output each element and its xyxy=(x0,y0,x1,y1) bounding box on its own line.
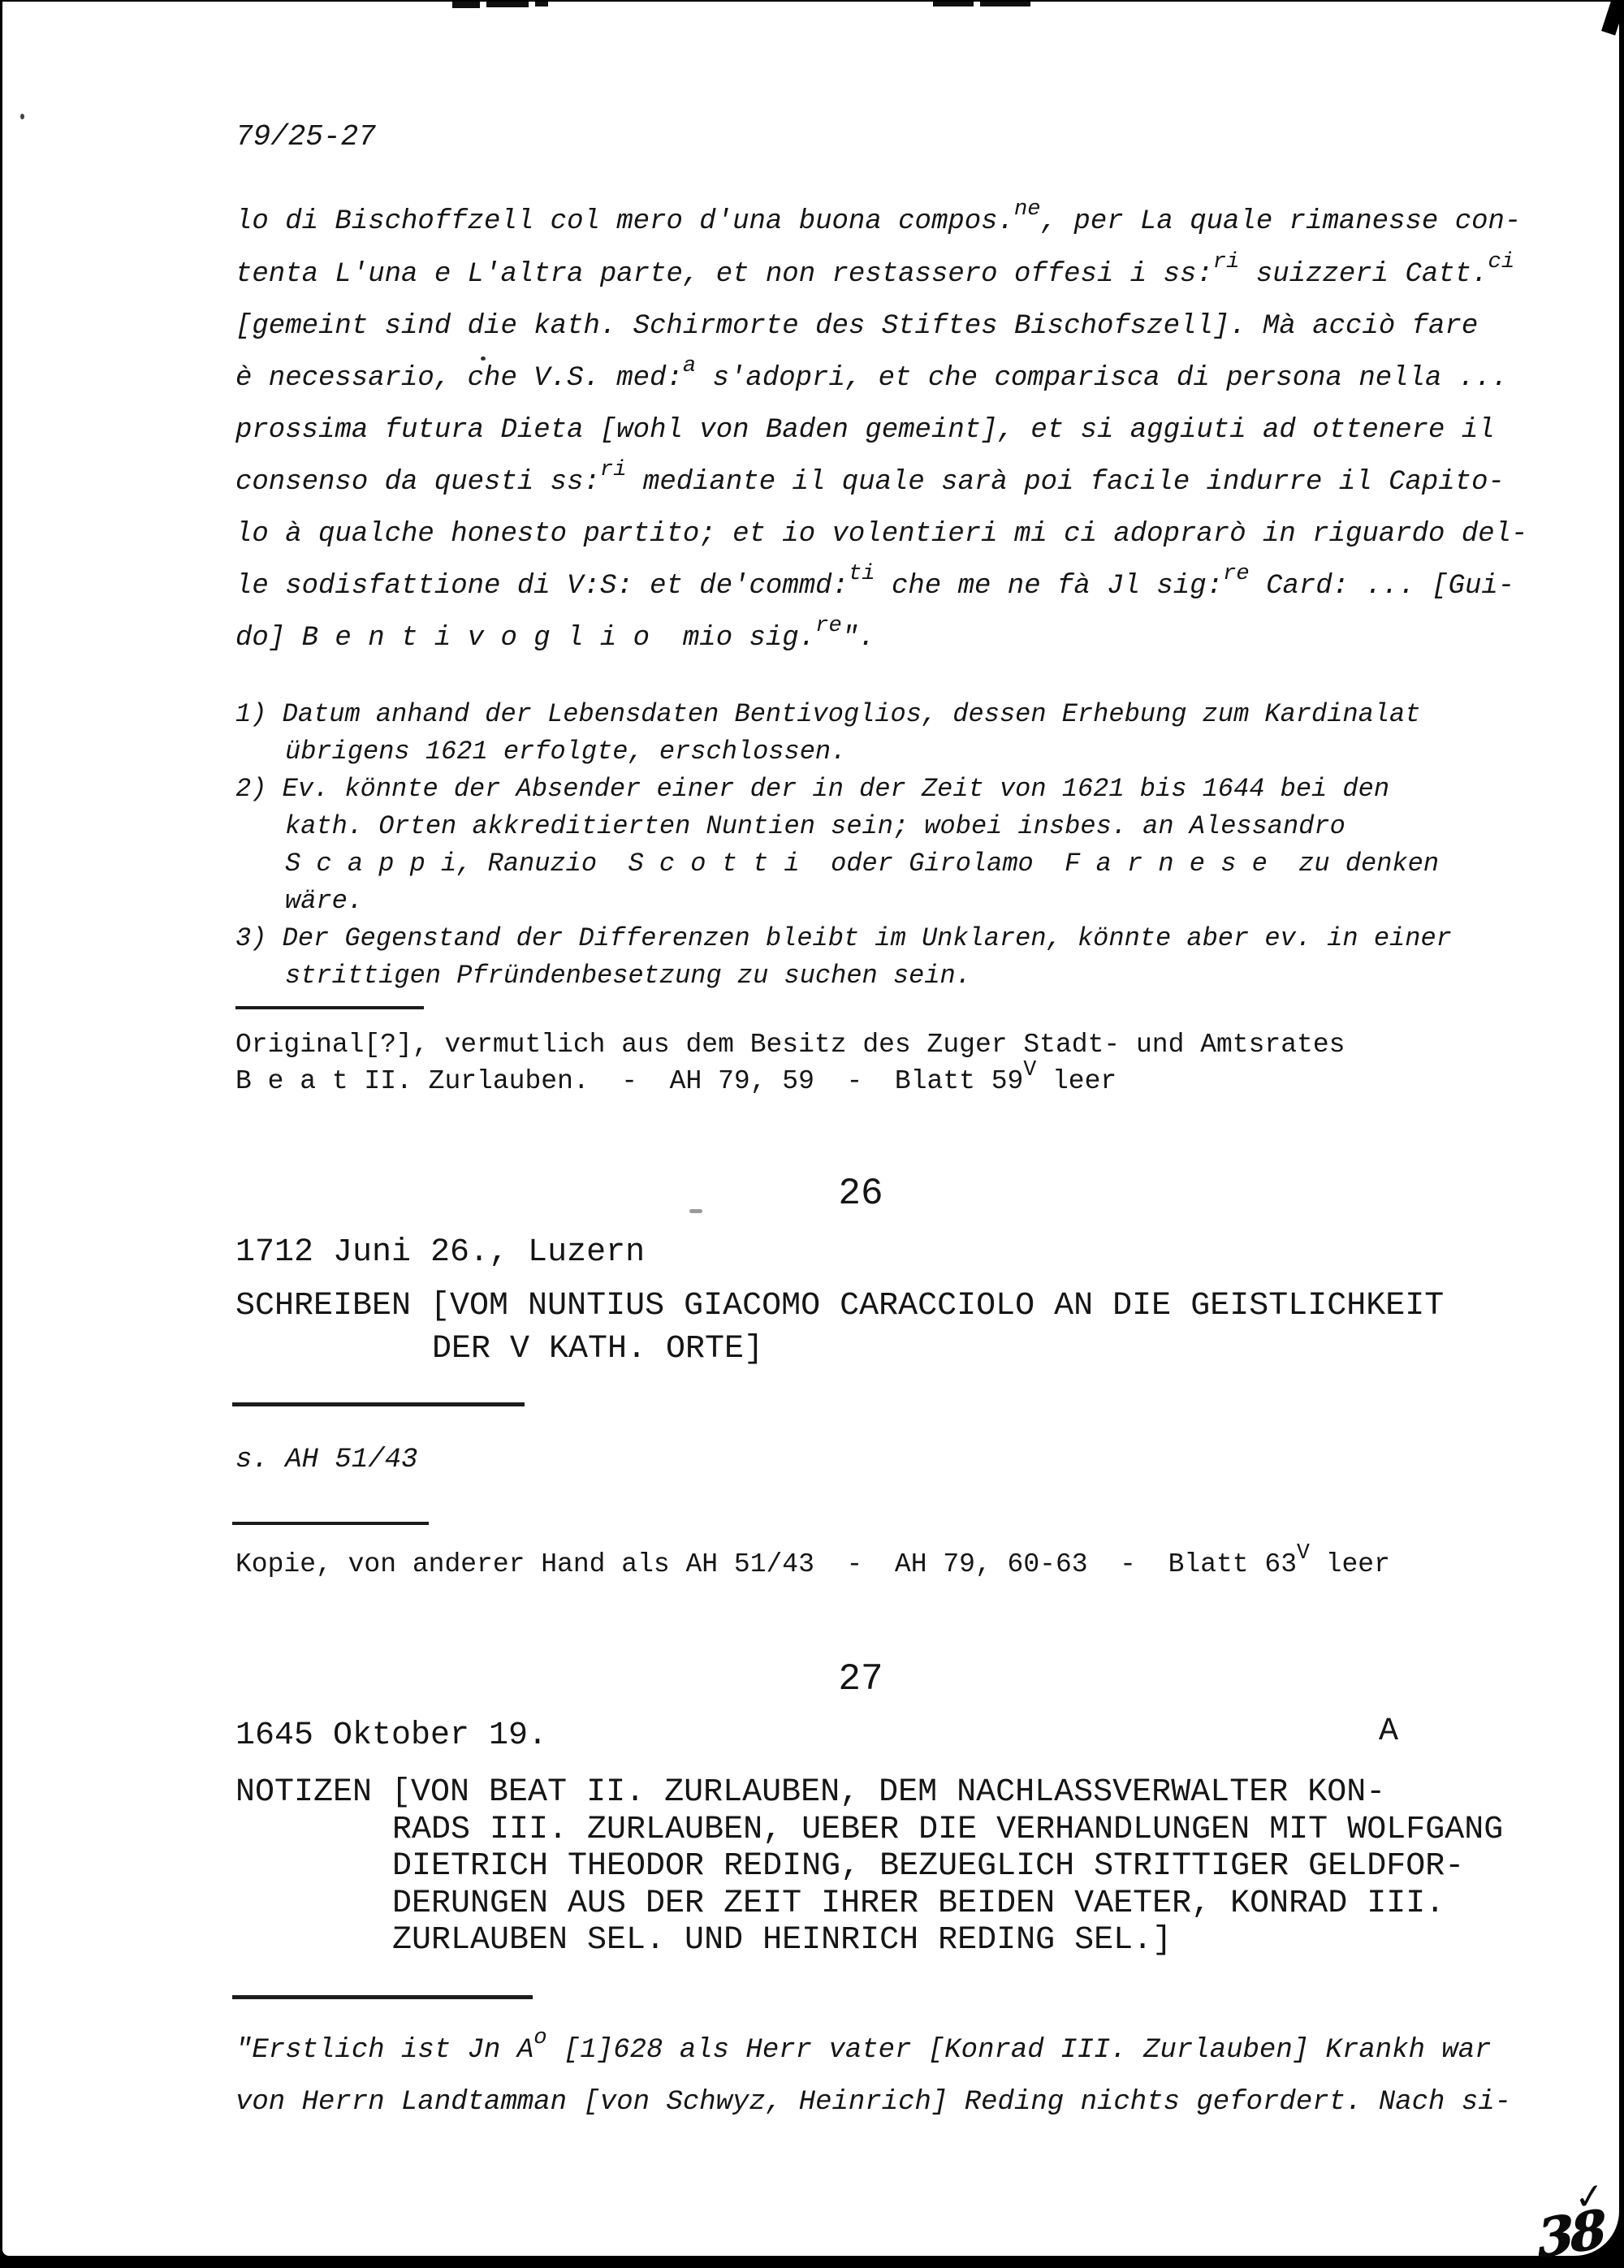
scan-artifact-dash xyxy=(980,2,1030,6)
paper-sheet: 79/25-27 lo di Bischoffzell col mero d'u… xyxy=(2,2,1619,2256)
entry-26-provenance: Kopie, von anderer Hand als AH 51/43 - A… xyxy=(235,1546,1390,1584)
divider-rule xyxy=(232,1522,429,1525)
scan-artifact-dash xyxy=(535,2,548,6)
scan-artifact-dash xyxy=(486,2,529,7)
scan-artifact-dash xyxy=(452,2,480,8)
italian-excerpt: lo di Bischoffzell col mero d'una buona … xyxy=(235,197,1527,666)
divider-rule xyxy=(232,1402,525,1406)
handwritten-page-number: 38 xyxy=(1536,2199,1605,2268)
entry-27-number: 27 xyxy=(235,1658,1486,1700)
entry-27-date: 1645 Oktober 19. xyxy=(235,1717,547,1754)
entry-26-reference: s. AH 51/43 xyxy=(235,1444,417,1476)
entry-26-date: 1712 Juni 26., Luzern xyxy=(235,1234,645,1271)
ink-speck xyxy=(20,114,24,119)
archive-reference: 79/25-27 xyxy=(235,120,376,153)
divider-rule xyxy=(232,1995,533,1999)
entry-26-number: 26 xyxy=(235,1173,1486,1215)
entry-26-title: SCHREIBEN [VOM NUNTIUS GIACOMO CARACCIOL… xyxy=(235,1285,1444,1371)
scanned-document-page: 79/25-27 lo di Bischoffzell col mero d'u… xyxy=(0,0,1624,2268)
entry-27-title: NOTIZEN [VON BEAT II. ZURLAUBEN, DEM NAC… xyxy=(235,1774,1503,1959)
entry-27-quote: "Erstlich ist Jn Ao [1]628 als Herr vate… xyxy=(235,2025,1511,2128)
scan-artifact-dash xyxy=(933,2,974,6)
scan-artifact-corner xyxy=(1601,0,1624,36)
entry-27-marginal-letter: A xyxy=(1379,1713,1398,1750)
provenance-entry-25: Original[?], vermutlich aus dem Besitz d… xyxy=(235,1026,1345,1101)
footnotes: 1) Datum anhand der Lebensdaten Bentivog… xyxy=(235,696,1452,995)
divider-rule xyxy=(235,1006,424,1009)
